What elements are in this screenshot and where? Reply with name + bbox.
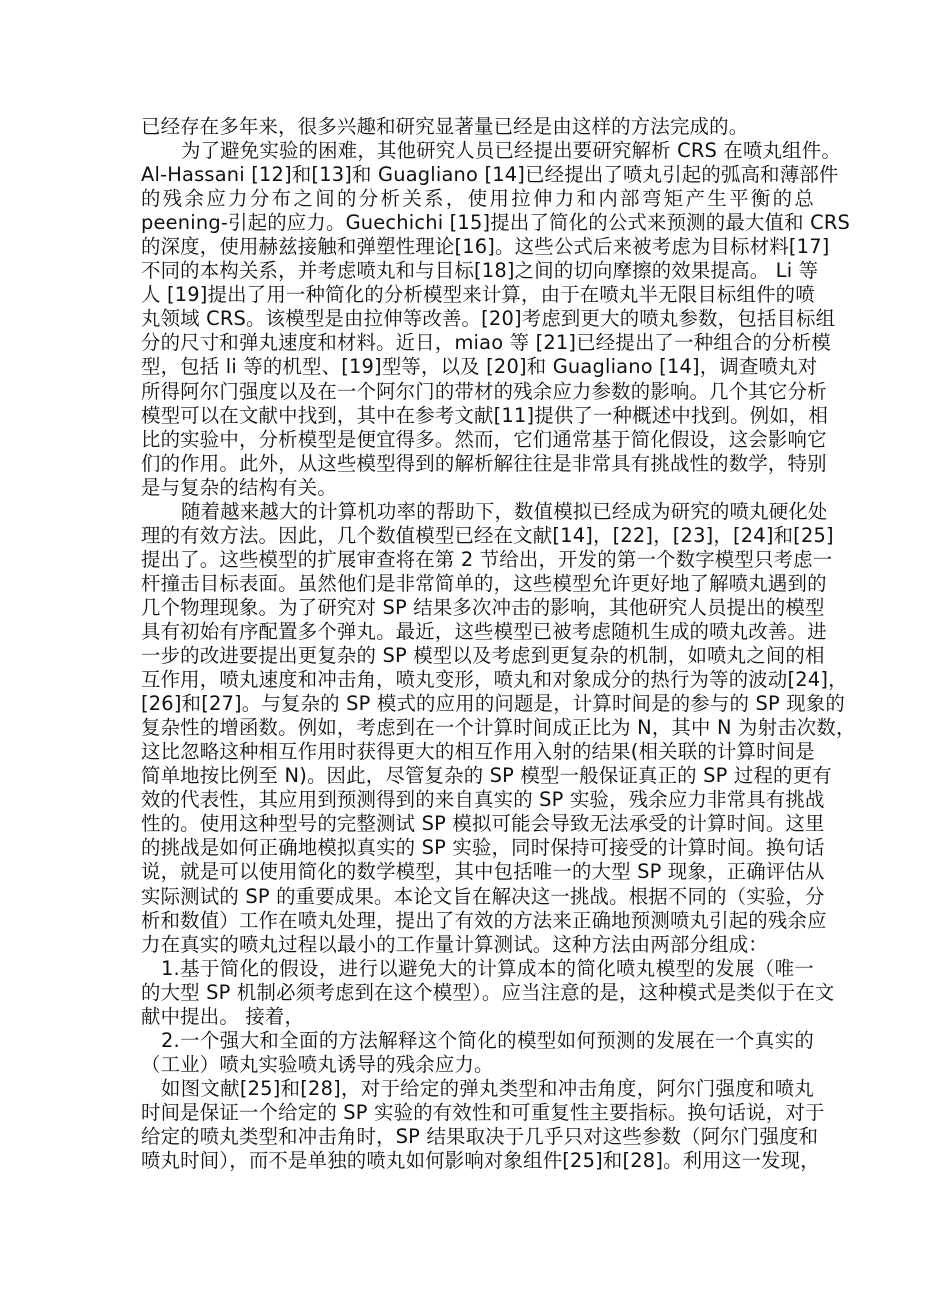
text-line: 献中提出。 接着， [141,1005,814,1029]
text-line: 的深度，使用赫兹接触和弹塑性理论[16]。这些公式后来被考虑为目标材料[17] [141,235,814,259]
paragraph-start-line: 如图文献[25]和[28]，对于给定的弹丸类型和冲击角度，阿尔门强度和喷丸 [141,1077,814,1101]
text-line: 分的尺寸和弹丸速度和材料。近日，miao 等 [21]已经提出了一种组合的分析模 [141,331,814,355]
text-line: 给定的喷丸类型和冲击角时，SP 结果取决于几乎只对这些参数（阿尔门强度和 [141,1125,814,1149]
text-line: Al-Hassani [12]和[13]和 Guagliano [14]已经提出… [141,163,814,187]
text-line: 析和数值）工作在喷丸处理，提出了有效的方法来正确地预测喷丸引起的残余应 [141,909,814,933]
text-line: 比的实验中，分析模型是便宜得多。然而，它们通常基于简化假设，这会影响它 [141,428,814,452]
text-line: 复杂性的增函数。例如，考虑到在一个计算时间成正比为 N，其中 N 为射击次数， [141,716,814,740]
paragraph-start-line: 随着越来越大的计算机功率的帮助下，数值模拟已经成为研究的喷丸硬化处 [141,500,814,524]
text-line: 是与复杂的结构有关。 [141,476,814,500]
text-line: 一步的改进要提出更复杂的 SP 模型以及考虑到更复杂的机制，如喷丸之间的相 [141,644,814,668]
document-body: 已经存在多年来，很多兴趣和研究显著量已经是由这样的方法完成的。 为了避免实验的困… [141,115,814,1173]
text-line: （工业）喷丸实验喷丸诱导的残余应力。 [141,1053,814,1077]
text-line: [26]和[27]。与复杂的 SP 模式的应用的问题是，计算时间是的参与的 SP… [141,692,814,716]
text-line: 力在真实的喷丸过程以最小的工作量计算测试。这种方法由两部分组成： [141,933,814,957]
text-line: 丸领域 CRS。该模型是由拉伸等改善。[20]考虑到更大的喷丸参数，包括目标组 [141,307,814,331]
paragraph-start-line: 为了避免实验的困难，其他研究人员已经提出要研究解析 CRS 在喷丸组件。 [141,139,814,163]
text-line: peening-引起的应力。Guechichi [15]提出了简化的公式来预测的… [141,211,814,235]
text-line: 人 [19]提出了用一种简化的分析模型来计算，由于在喷丸半无限目标组件的喷 [141,283,814,307]
text-line: 理的有效方法。因此，几个数值模型已经在文献[14]，[22]，[23]，[24]… [141,524,814,548]
text-line: 实际测试的 SP 的重要成果。本论文旨在解决这一挑战。根据不同的（实验，分 [141,885,814,909]
text-line: 性的。使用这种型号的完整测试 SP 模拟可能会导致无法承受的计算时间。这里 [141,812,814,836]
text-line: 简单地按比例至 N)。因此，尽管复杂的 SP 模型一般保证真正的 SP 过程的更… [141,764,814,788]
text-line: 所得阿尔门强度以及在一个阿尔门的带材的残余应力参数的影响。几个其它分析 [141,380,814,404]
list-item-1-line: 1.基于简化的假设，进行以避免大的计算成本的简化喷丸模型的发展（唯一 [141,957,814,981]
text-line: 模型可以在文献中找到，其中在参考文献[11]提供了一种概述中找到。例如，相 [141,404,814,428]
text-line: 说，就是可以使用简化的数学模型，其中包括唯一的大型 SP 现象，正确评估从 [141,860,814,884]
text-line: 杆撞击目标表面。虽然他们是非常简单的，这些模型允许更好地了解喷丸遇到的 [141,572,814,596]
text-line: 时间是保证一个给定的 SP 实验的有效性和可重复性主要指标。换句话说，对于 [141,1101,814,1125]
text-line: 的挑战是如何正确地模拟真实的 SP 实验，同时保持可接受的计算时间。换句话 [141,836,814,860]
text-line: 不同的本构关系，并考虑喷丸和与目标[18]之间的切向摩擦的效果提高。 Li 等 [141,259,814,283]
text-line: 互作用，喷丸速度和冲击角，喷丸变形，喷丸和对象成分的热行为等的波动[24]， [141,668,814,692]
list-item-2-line: 2.一个强大和全面的方法解释这个简化的模型如何预测的发展在一个真实的 [141,1029,814,1053]
text-line: 这比忽略这种相互作用时获得更大的相互作用入射的结果(相关联的计算时间是 [141,740,814,764]
text-line: 型，包括 li 等的机型、[19]型等，以及 [20]和 Guagliano [… [141,355,814,379]
text-line: 已经存在多年来，很多兴趣和研究显著量已经是由这样的方法完成的。 [141,115,814,139]
text-line: 的残余应力分布之间的分析关系，使用拉伸力和内部弯矩产生平衡的总 [141,187,814,211]
text-line: 们的作用。此外，从这些模型得到的解析解往往是非常具有挑战性的数学，特别 [141,452,814,476]
text-line: 几个物理现象。为了研究对 SP 结果多次冲击的影响，其他研究人员提出的模型 [141,596,814,620]
text-line: 效的代表性，其应用到预测得到的来自真实的 SP 实验，残余应力非常具有挑战 [141,788,814,812]
text-line: 喷丸时间），而不是单独的喷丸如何影响对象组件[25]和[28]。利用这一发现， [141,1149,814,1173]
text-line: 提出了。这些模型的扩展审查将在第 2 节给出，开发的第一个数字模型只考虑一 [141,548,814,572]
text-line: 的大型 SP 机制必须考虑到在这个模型）。应当注意的是，这种模式是类似于在文 [141,981,814,1005]
text-line: 具有初始有序配置多个弹丸。最近，这些模型已被考虑随机生成的喷丸改善。进 [141,620,814,644]
